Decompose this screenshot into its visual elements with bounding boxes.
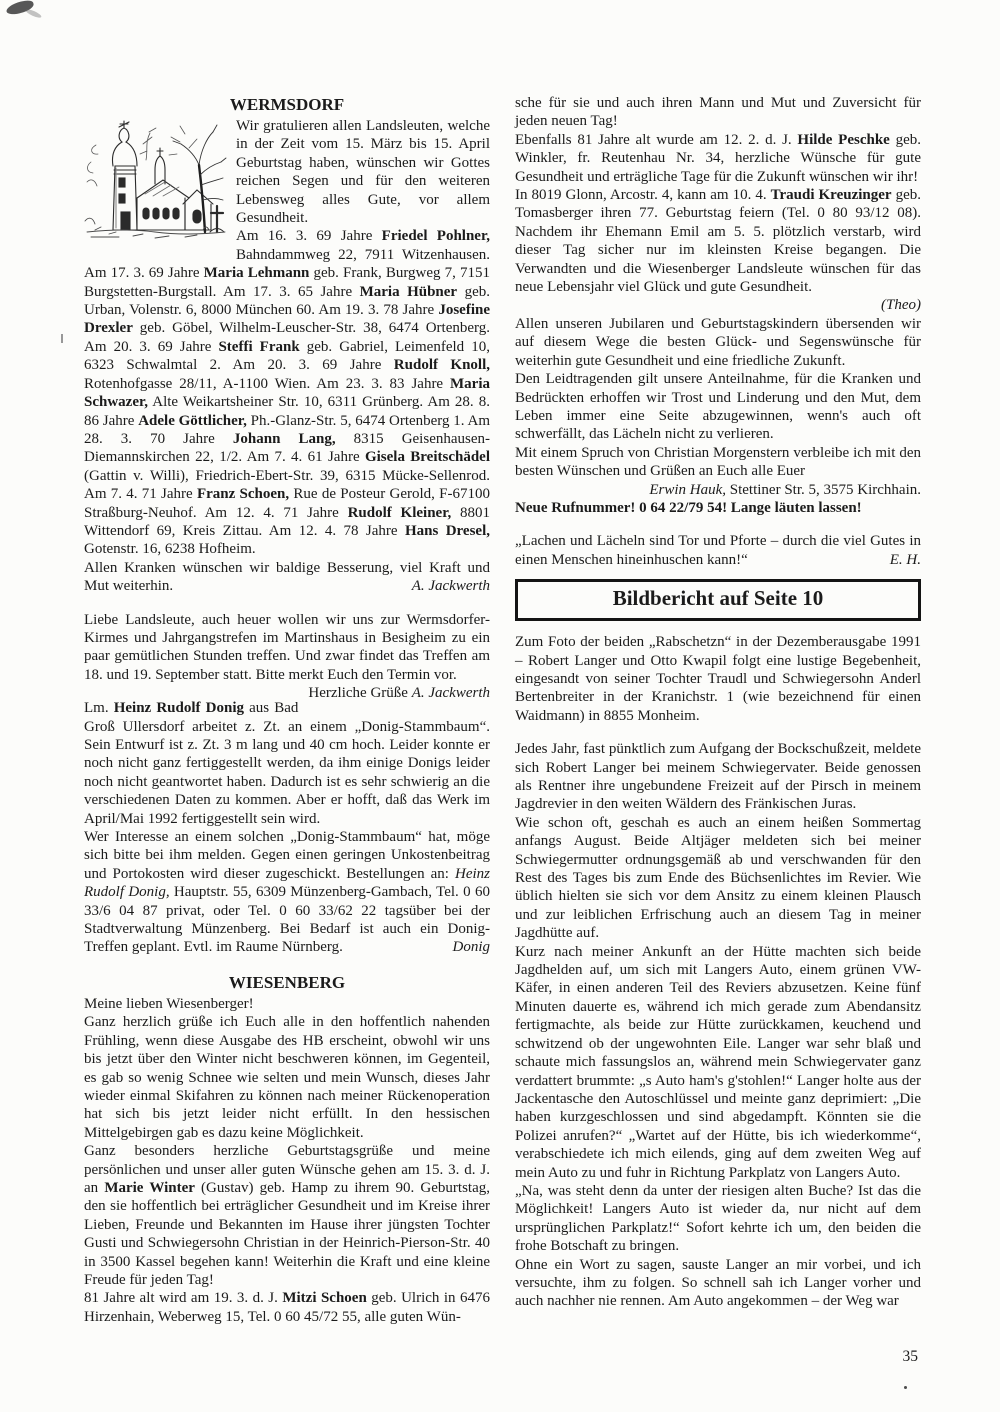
paragraph-text: Ganz besonders herzliche Geburtstagsgrüß… xyxy=(84,1143,490,1288)
paragraph-new-phone-number: Neue Rufnummer! 0 64 22/79 54! Lange läu… xyxy=(515,499,921,517)
paragraph-text: Wir gratulieren allen Landsleuten, welch… xyxy=(236,118,490,226)
scan-artifact xyxy=(61,334,63,343)
wermsdorf-intro-with-illustration: Wir gratulieren allen Landsleuten, welch… xyxy=(84,117,490,559)
paragraph-text: Mit einem Spruch von Christian Morgenste… xyxy=(515,445,921,479)
paragraph-text: Ohne ein Wort zu sagen, sauste Langer an… xyxy=(515,1257,921,1310)
paragraph-spring-greeting: Ganz herzlich grüße ich Euch alle in den… xyxy=(84,1013,490,1142)
paragraph-text: Liebe Landsleute, auch heuer wollen wir … xyxy=(84,612,490,683)
paragraph-vw-kaefer-story: Kurz nach meiner Ankunft an der Hütte ma… xyxy=(515,943,921,1182)
paragraph-continuation: sche für sie und auch ihren Mann und Mut… xyxy=(515,94,921,131)
right-column: sche für sie und auch ihren Mann und Mut… xyxy=(515,94,921,1326)
section-heading-wiesenberg: WIESENBERG xyxy=(84,972,490,993)
paragraph-text: Ebenfalls 81 Jahre alt wurde am 12. 2. d… xyxy=(515,132,921,185)
signature: Herzliche Grüße A. Jackwerth xyxy=(298,684,490,702)
signature-theo: (Theo) xyxy=(515,296,921,314)
paragraph-text: Neue Rufnummer! 0 64 22/79 54! Lange läu… xyxy=(515,500,862,516)
paragraph-jubilare-wishes: Allen unseren Jubilaren und Geburtstagsk… xyxy=(515,315,921,370)
signature: E. H. xyxy=(880,551,921,569)
paragraph-donig-stammbaum: Lm. Heinz Rudolf Donig aus Bad Groß Ulle… xyxy=(84,699,490,828)
paragraph-marie-winter-birthday: Ganz besonders herzliche Geburtstagsgrüß… xyxy=(84,1142,490,1289)
scan-artifact xyxy=(904,1386,907,1389)
paragraph-get-well-wishes: Allen Kranken wünschen wir baldige Besse… xyxy=(84,559,490,596)
signature: A. Jackwerth xyxy=(402,577,490,595)
paragraph-text: „Lachen und Lächeln sind Tor und Pforte … xyxy=(515,533,921,567)
left-column: WERMSDORF xyxy=(84,94,490,1326)
paragraph-donig-bestellung: Wer Interesse an einem solchen „Donig-St… xyxy=(84,828,490,957)
paragraph-quote: „Lachen und Lächeln sind Tor und Pforte … xyxy=(515,532,921,569)
paragraph-morgenstern-closing: Mit einem Spruch von Christian Morgenste… xyxy=(515,444,921,481)
paragraph-text: Wer Interesse an einem solchen „Donig-St… xyxy=(84,829,490,955)
paragraph-text: Allen unseren Jubilaren und Geburtstagsk… xyxy=(515,316,921,369)
paragraph-text: Lm. Heinz Rudolf Donig aus Bad Groß Ulle… xyxy=(84,700,490,826)
paragraph-birthday-list: Am 16. 3. 69 Jahre Friedel Pohlner, Bahn… xyxy=(84,227,490,558)
paragraph-kirmes-meeting: Liebe Landsleute, auch heuer wollen wir … xyxy=(84,611,490,685)
paragraph-text: sche für sie und auch ihren Mann und Mut… xyxy=(515,95,921,129)
paragraph-sommertag: Wie schon oft, geschah es auch an einem … xyxy=(515,814,921,943)
paragraph-text: Den Leidtragenden gilt unsere Anteilnahm… xyxy=(515,371,921,442)
paragraph-text: Meine lieben Wiesenberger! xyxy=(84,996,254,1012)
scan-smudge xyxy=(25,8,43,19)
signature-erwin-hauk: Erwin Hauk, Stettiner Str. 5, 3575 Kirch… xyxy=(515,481,921,499)
page-number: 35 xyxy=(903,1348,919,1366)
section-heading-wermsdorf: WERMSDORF xyxy=(84,94,490,115)
paragraph-mitzi-schoen-birthday: 81 Jahre alt wird am 19. 3. d. J. Mitzi … xyxy=(84,1289,490,1326)
paragraph-text: Erwin Hauk, Stettiner Str. 5, 3575 Kirch… xyxy=(649,482,921,498)
signature: Donig xyxy=(443,938,491,956)
boxed-heading-bildbericht: Bildbericht auf Seite 10 xyxy=(515,579,921,621)
paragraph-traudi-kreuzinger: In 8019 Glonn, Arcostr. 4, kann am 10. 4… xyxy=(515,186,921,296)
paragraph-text: Zum Foto der beiden „Rabschetzn“ in der … xyxy=(515,634,921,724)
two-column-text: WERMSDORF xyxy=(84,94,921,1326)
paragraph-text: In 8019 Glonn, Arcostr. 4, kann am 10. 4… xyxy=(515,187,921,295)
church-illustration xyxy=(84,120,228,244)
paragraph-text: (Theo) xyxy=(881,297,921,313)
paragraph-leidtragende: Den Leidtragenden gilt unsere Anteilnahm… xyxy=(515,370,921,444)
paragraph-rabschetzn-photo: Zum Foto der beiden „Rabschetzn“ in der … xyxy=(515,633,921,725)
paragraph-buche: „Na, was steht denn da unter der riesige… xyxy=(515,1182,921,1256)
paragraph-hilde-peschke: Ebenfalls 81 Jahre alt wurde am 12. 2. d… xyxy=(515,131,921,186)
paragraph-ohne-ein-wort: Ohne ein Wort zu sagen, sauste Langer an… xyxy=(515,1256,921,1311)
paragraph-text: Jedes Jahr, fast pünktlich zum Aufgang d… xyxy=(515,741,921,812)
paragraph-text: „Na, was steht denn da unter der riesige… xyxy=(515,1183,921,1254)
paragraph-jedes-jahr: Jedes Jahr, fast pünktlich zum Aufgang d… xyxy=(515,740,921,814)
paragraph-text: 81 Jahre alt wird am 19. 3. d. J. Mitzi … xyxy=(84,1290,490,1324)
paragraph-text: Am 16. 3. 69 Jahre Friedel Pohlner, Bahn… xyxy=(84,228,490,557)
paragraph-salutation: Meine lieben Wiesenberger! xyxy=(84,995,490,1013)
paragraph-text: Wie schon oft, geschah es auch an einem … xyxy=(515,815,921,941)
paragraph-text: Kurz nach meiner Ankunft an der Hütte ma… xyxy=(515,944,921,1181)
scanned-newsletter-page: WERMSDORF xyxy=(0,0,1000,1412)
paragraph-text: Ganz herzlich grüße ich Euch alle in den… xyxy=(84,1014,490,1140)
